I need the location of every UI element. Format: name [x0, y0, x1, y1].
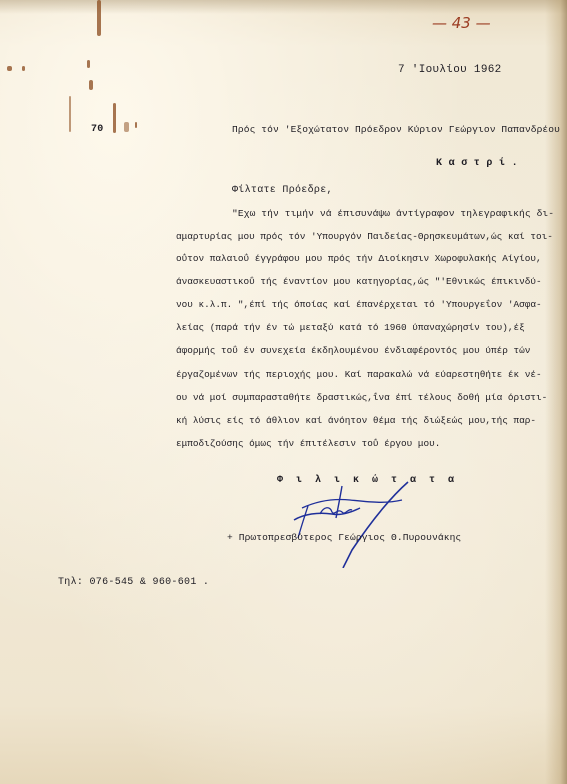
recipient-location: Κ α σ τ ρ ί .	[436, 158, 518, 170]
page-number: — 43 —	[432, 14, 491, 32]
phone-numbers: Τηλ: 076-545 & 960-601 .	[58, 577, 209, 589]
rust-stain	[89, 80, 93, 90]
body-line: κή λύσις είς τό άθλιον καί άνόητον θέμα …	[176, 415, 536, 427]
rust-stain	[69, 96, 71, 132]
signatory-name: + Πρωτοπρεσβύτερος Γεώργιος Θ.Πυρουνάκης	[227, 532, 461, 544]
letter-page: — 43 — 7 'Ιουλίου 1962 70 Πρός τόν 'Εξοχ…	[0, 0, 567, 784]
body-line: εμποδιζούσης όμως τήν έπιτέλεσιν τοΰ έργ…	[176, 438, 440, 450]
reference-number: 70	[91, 124, 104, 136]
body-line: αμαρτυρίας μου πρός τόν 'Υπουργόν Παιδεί…	[176, 231, 553, 243]
salutation: Φίλτατε Πρόεδρε,	[232, 185, 333, 197]
rust-stain	[22, 66, 25, 71]
rust-stain	[124, 122, 129, 132]
rust-stain	[113, 103, 116, 133]
body-line: ου νά μοί συμπαρασταθήτε δραστικώς,ΐνα έ…	[176, 392, 547, 404]
rust-stain	[7, 66, 12, 71]
paper-edge-right	[545, 0, 567, 784]
recipient-line: Πρός τόν 'Εξοχώτατον Πρόεδρον Κύριον Γεώ…	[232, 124, 560, 136]
rust-stain	[97, 0, 101, 36]
rust-stain	[135, 122, 137, 128]
paper-edge-top	[0, 0, 567, 14]
handwritten-signature	[290, 478, 420, 568]
body-line: οΰτον παλαιοΰ έγγράφου μου πρός τήν Διοί…	[176, 253, 542, 265]
body-line: άνασκευαστικοΰ τής έναντίον μου κατηγορί…	[176, 276, 542, 288]
body-line: νου κ.λ.π. ",έπί τής όποίας καί έπανέρχε…	[176, 299, 542, 311]
body-line: "Εχω τήν τιμήν νά έπισυνάψω άντίγραφον τ…	[232, 208, 554, 220]
body-line: έργαζομένων τής περιοχής μου. Καί παρακα…	[176, 369, 542, 381]
date: 7 'Ιουλίου 1962	[398, 64, 502, 76]
body-line: άφορμής τοΰ έν συνεχεία έκδηλουμένου ένδ…	[176, 345, 530, 357]
rust-stain	[87, 60, 90, 68]
body-line: λείας (παρά τήν έν τώ μεταξύ κατά τό 196…	[176, 322, 525, 334]
